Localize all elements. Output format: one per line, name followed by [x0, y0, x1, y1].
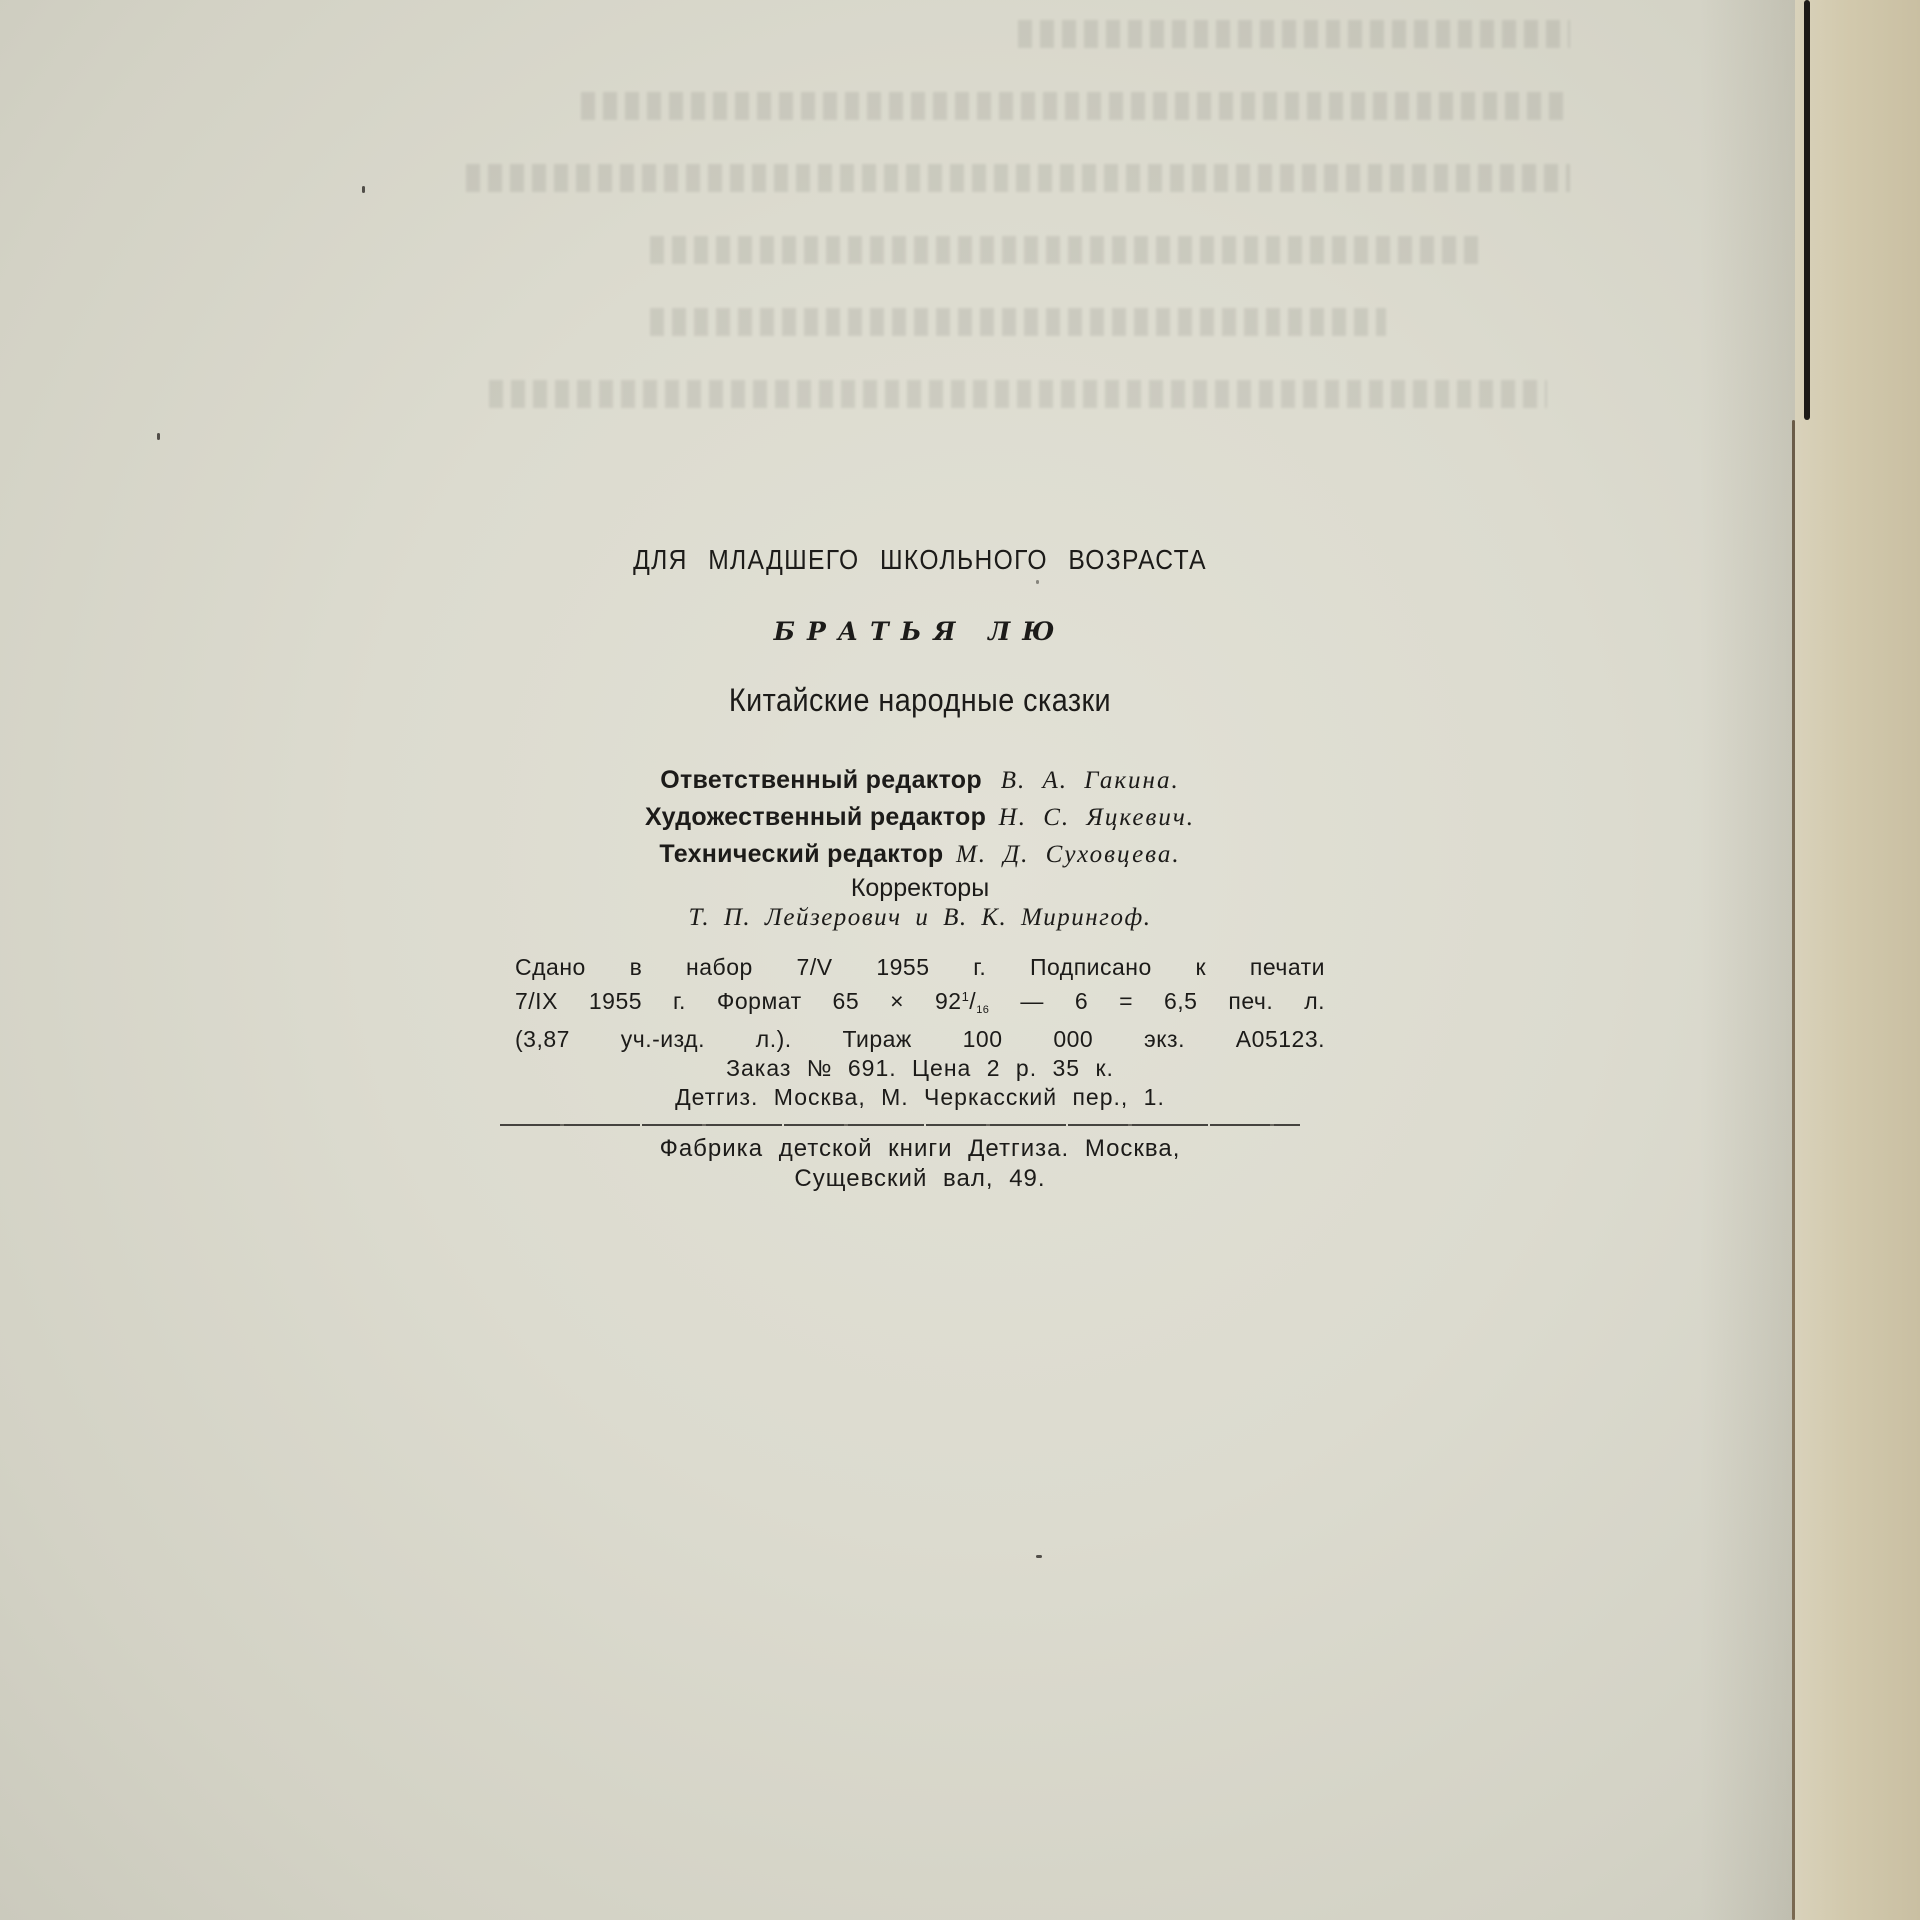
credit-role: Художественный редактор — [645, 803, 986, 831]
format-denominator: 16 — [976, 1004, 989, 1016]
imprint-line-format: 7/IX 1955 г. Формат 65 × 921/16 — 6 = 6,… — [515, 982, 1325, 1025]
credits: Ответственный редактор В. А. Гакина. Худ… — [510, 762, 1330, 933]
series-line: ДЛЯ МЛАДШЕГО ШКОЛЬНОГО ВОЗРАСТА — [559, 538, 1281, 582]
imprint-line-order-price: Заказ № 691. Цена 2 р. 35 к. — [515, 1054, 1325, 1083]
credit-name: Н. С. Яцкевич. — [999, 804, 1195, 831]
credit-technical-editor: Технический редактор М. Д. Суховцева. — [510, 836, 1330, 873]
colophon-block: ДЛЯ МЛАДШЕГО ШКОЛЬНОГО ВОЗРАСТА БРАТЬЯ Л… — [510, 538, 1330, 1194]
imprint-details: Сдано в набор 7/V 1955 г. Подписано к пе… — [510, 953, 1330, 1112]
ink-speck — [362, 186, 365, 193]
imprint-line-print-run: (3,87 уч.-изд. л.). Тираж 100 000 экз. А… — [515, 1025, 1325, 1054]
page-gutter-shadow — [1700, 0, 1795, 1920]
ink-speck — [157, 433, 160, 440]
format-prefix: 7/IX 1955 г. Формат 65 × 92 — [515, 988, 962, 1014]
book-title: БРАТЬЯ ЛЮ — [510, 612, 1330, 652]
printer-info: Фабрика детской книги Детгиза. Москва, С… — [510, 1134, 1330, 1194]
credit-name: М. Д. Суховцева. — [956, 841, 1181, 868]
proofreaders-names: Т. П. Лейзерович и В. К. Мирингоф. — [510, 903, 1330, 933]
credit-responsible-editor: Ответственный редактор В. А. Гакина. — [510, 762, 1330, 799]
book-page: ДЛЯ МЛАДШЕГО ШКОЛЬНОГО ВОЗРАСТА БРАТЬЯ Л… — [0, 0, 1795, 1920]
binding-edge — [1792, 420, 1795, 1920]
book-photo: ДЛЯ МЛАДШЕГО ШКОЛЬНОГО ВОЗРАСТА БРАТЬЯ Л… — [0, 0, 1920, 1920]
credit-art-editor: Художественный редактор Н. С. Яцкевич. — [510, 799, 1330, 836]
imprint-line-typeset: Сдано в набор 7/V 1955 г. Подписано к пе… — [515, 953, 1325, 982]
divider-rule — [500, 1124, 1300, 1126]
proofreaders-label: Корректоры — [510, 873, 1330, 903]
ink-speck — [1036, 1555, 1042, 1558]
printer-line-1: Фабрика детской книги Детгиза. Москва, — [510, 1134, 1330, 1164]
reverse-side-show-through — [420, 20, 1570, 460]
printer-line-2: Сущевский вал, 49. — [510, 1164, 1330, 1194]
book-subtitle: Китайские народные сказки — [551, 680, 1289, 720]
format-suffix: — 6 = 6,5 печ. л. — [989, 988, 1325, 1014]
imprint-line-publisher: Детгиз. Москва, М. Черкасский пер., 1. — [515, 1083, 1325, 1112]
adjacent-page-edge — [1795, 0, 1920, 1920]
binding-thread — [1804, 0, 1810, 420]
credit-role: Технический редактор — [659, 840, 943, 868]
credit-name: В. А. Гакина. — [1001, 767, 1180, 794]
credit-role: Ответственный редактор — [660, 766, 982, 794]
